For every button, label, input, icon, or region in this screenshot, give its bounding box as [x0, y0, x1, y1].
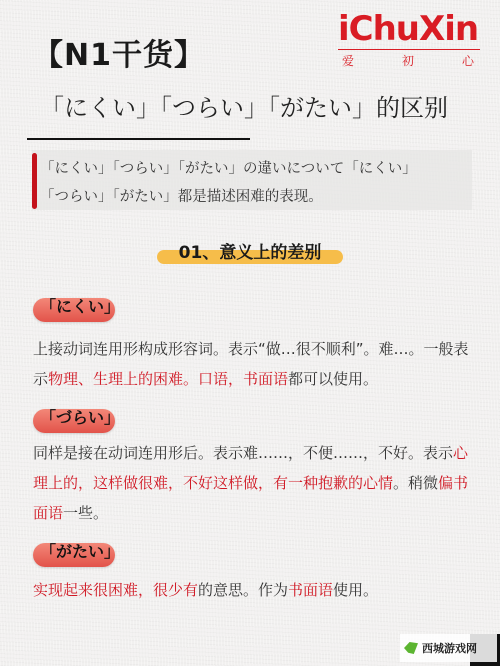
intro-text: 「にくい」「つらい」「がたい」の違いについて「にくい」 「つらい」「がたい」都是… [40, 155, 470, 211]
page-subtitle: 「にくい」「つらい」「がたい」的区别 [40, 88, 448, 123]
term-label-gatai: 「がたい」 [40, 539, 120, 562]
watermark-text: 西城游戏网 [422, 640, 477, 656]
highlight-segment: 书面语 [288, 581, 333, 599]
watermark-logo-icon [404, 642, 418, 654]
text-segment: 使用。 [333, 581, 378, 599]
badge-title: 【N1干货】 [33, 30, 205, 74]
highlight-segment: 实现起来很困难，很少有 [33, 581, 198, 599]
logo-subtitle: 爱 初 心 [338, 50, 480, 69]
text-segment: 的意思。作为 [198, 581, 288, 599]
logo-char: 爱 [342, 52, 354, 69]
title-divider [27, 138, 250, 140]
watermark: 西城游戏网 [400, 634, 497, 662]
text-segment: 都可以使用。 [288, 370, 378, 388]
logo-wordmark: iChuXin [338, 10, 480, 48]
text-segment: 同样是接在动词连用形后。表示难……，不便……，不好。表示 [33, 444, 453, 462]
term-description-zurai: 同样是接在动词连用形后。表示难……，不便……，不好。表示心理上的，这样做很难，不… [33, 438, 473, 528]
term-description-nikui: 上接动词连用形构成形容词。表示“做…很不顺利”。难…。一般表示物理、生理上的困难… [33, 334, 473, 394]
text-segment: 一些。 [63, 504, 108, 522]
term-description-gatai: 实现起来很困难，很少有的意思。作为书面语使用。 [33, 575, 473, 605]
intro-line: 「にくい」「つらい」「がたい」の違いについて「にくい」 [40, 155, 470, 183]
term-label-zurai: 「づらい」 [40, 405, 120, 428]
text-segment: 。稍微 [393, 474, 438, 492]
intro-accent-bar [32, 153, 37, 209]
logo-char: 心 [462, 52, 474, 69]
term-label-nikui: 「にくい」 [40, 294, 120, 317]
highlight-segment: 物理、生理上的困难。口语，书面语 [48, 370, 288, 388]
intro-line: 「つらい」「がたい」都是描述困难的表现。 [40, 183, 470, 211]
section-title: 01、意义上的差别 [157, 238, 343, 263]
logo-char: 初 [402, 52, 414, 69]
brand-logo: iChuXin 爱 初 心 [338, 10, 480, 68]
